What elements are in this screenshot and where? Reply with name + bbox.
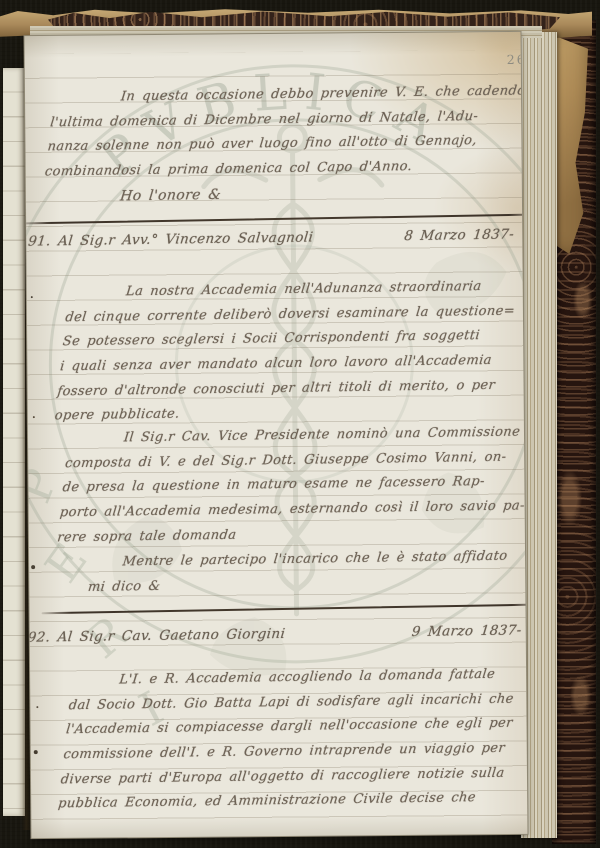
manuscript-line: Ho l'onore &	[119, 178, 518, 209]
entry-number: 92.	[26, 625, 59, 650]
entry-91-heading: 91. Al Sig.r Avv.° Vincenzo Salvagnoli 8…	[27, 222, 521, 251]
entry-number: 91.	[27, 229, 60, 254]
entry-92-paragraph-1: L'I. e R. Accademia accogliendo la doman…	[57, 662, 528, 817]
manuscript-page: PVBLICA P E R I	[25, 32, 528, 838]
ink-specks	[31, 296, 33, 298]
entry-divider	[42, 604, 528, 615]
book-scan-background: PVBLICA P E R I	[0, 0, 600, 848]
entry-91-paragraph-1: La nostra Accademia nell'Adunanza straor…	[53, 274, 527, 429]
entry-date: 8 Marzo 1837-	[403, 222, 522, 248]
paragraph-continuation: In questa occasione debbo prevenire V. E…	[41, 79, 528, 210]
entry-91-paragraph-2: Il Sig.r Cav. Vice Presidente nominò una…	[56, 420, 527, 550]
entry-addressee: Al Sig.r Cav. Gaetano Giorgini	[56, 622, 286, 650]
entry-92-heading: 92. Al Sig.r Cav. Gaetano Giorgini 9 Mar…	[27, 618, 528, 647]
entry-date: 9 Marzo 1837-	[410, 618, 527, 644]
entry-91-paragraph-3: Mentre le partecipo l'incarico che le è …	[61, 544, 524, 600]
entry-addressee: Al Sig.r Avv.° Vincenzo Salvagnoli	[57, 225, 315, 254]
